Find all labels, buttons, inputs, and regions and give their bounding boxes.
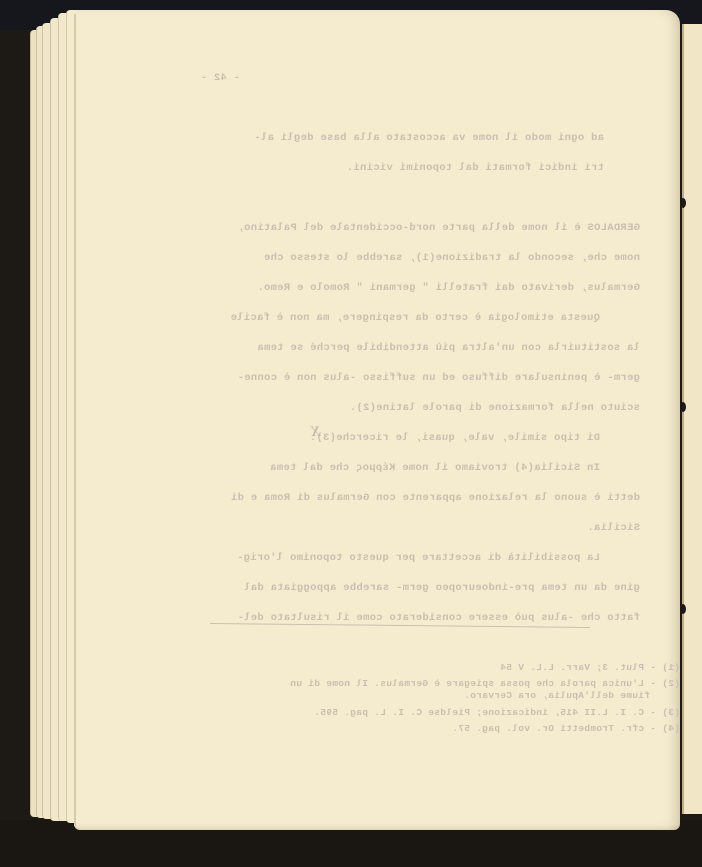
body-line: la sostituirla con un'altra più attendib… — [257, 342, 640, 354]
footnote: (2) - L'unica parola che possa spiegare … — [290, 678, 680, 689]
body-line: In Sicilia(4) troviamo il nome Κέρμος ch… — [270, 462, 600, 474]
body-line: Sicilia. — [587, 522, 640, 534]
body-line: detti è suono la relazione apparente con… — [231, 492, 640, 504]
body-line: germ- è peninsulare diffuso ed un suffis… — [237, 372, 640, 384]
binding-notch — [680, 604, 686, 614]
body-line: Di tipo simile, vale, quasi, le ricerche… — [310, 432, 600, 444]
body-line: nome che, secondo la tradizione(1), sare… — [264, 252, 640, 264]
margin-mark: X — [310, 425, 320, 440]
page-number: - 42 - — [200, 72, 240, 84]
show-through-text: - 42 - ad ogni modo il nome va accostato… — [74, 10, 680, 830]
binding-notch — [680, 402, 686, 412]
body-line: fatto che -alus può essere considerato c… — [237, 612, 640, 624]
footnote: (4) - cfr. Trombetti Or. vol. pag. 57. — [452, 723, 680, 734]
footnote: fiume dell'Apulia, ora Cervaro. — [464, 690, 680, 701]
body-line: Questa etimologia è certo da respingere,… — [230, 312, 600, 324]
binding-notch — [680, 198, 686, 208]
body-line: ad ogni modo il nome va accostato alla b… — [254, 132, 604, 144]
footnote: (3) - C. I. L.II 415, indicazione; Pield… — [314, 707, 680, 718]
body-line: tri indici formati dal toponimi vicini. — [347, 162, 604, 174]
body-line: Germalus, derivato dai fratelli " german… — [257, 282, 640, 294]
footnote: (1) - Plut. 3; Varr. L.L. V 54 — [500, 662, 680, 673]
body-line: sciuto nella formazione di parole latine… — [350, 402, 640, 414]
facing-page-edge — [682, 24, 702, 814]
body-line: gine da un tema pre-indoeuropeo germ- sa… — [244, 582, 640, 594]
body-line: GERDALOS è il nome della parte nord-occi… — [237, 222, 640, 234]
body-line: La possibilità di accettare per questo t… — [237, 552, 600, 564]
